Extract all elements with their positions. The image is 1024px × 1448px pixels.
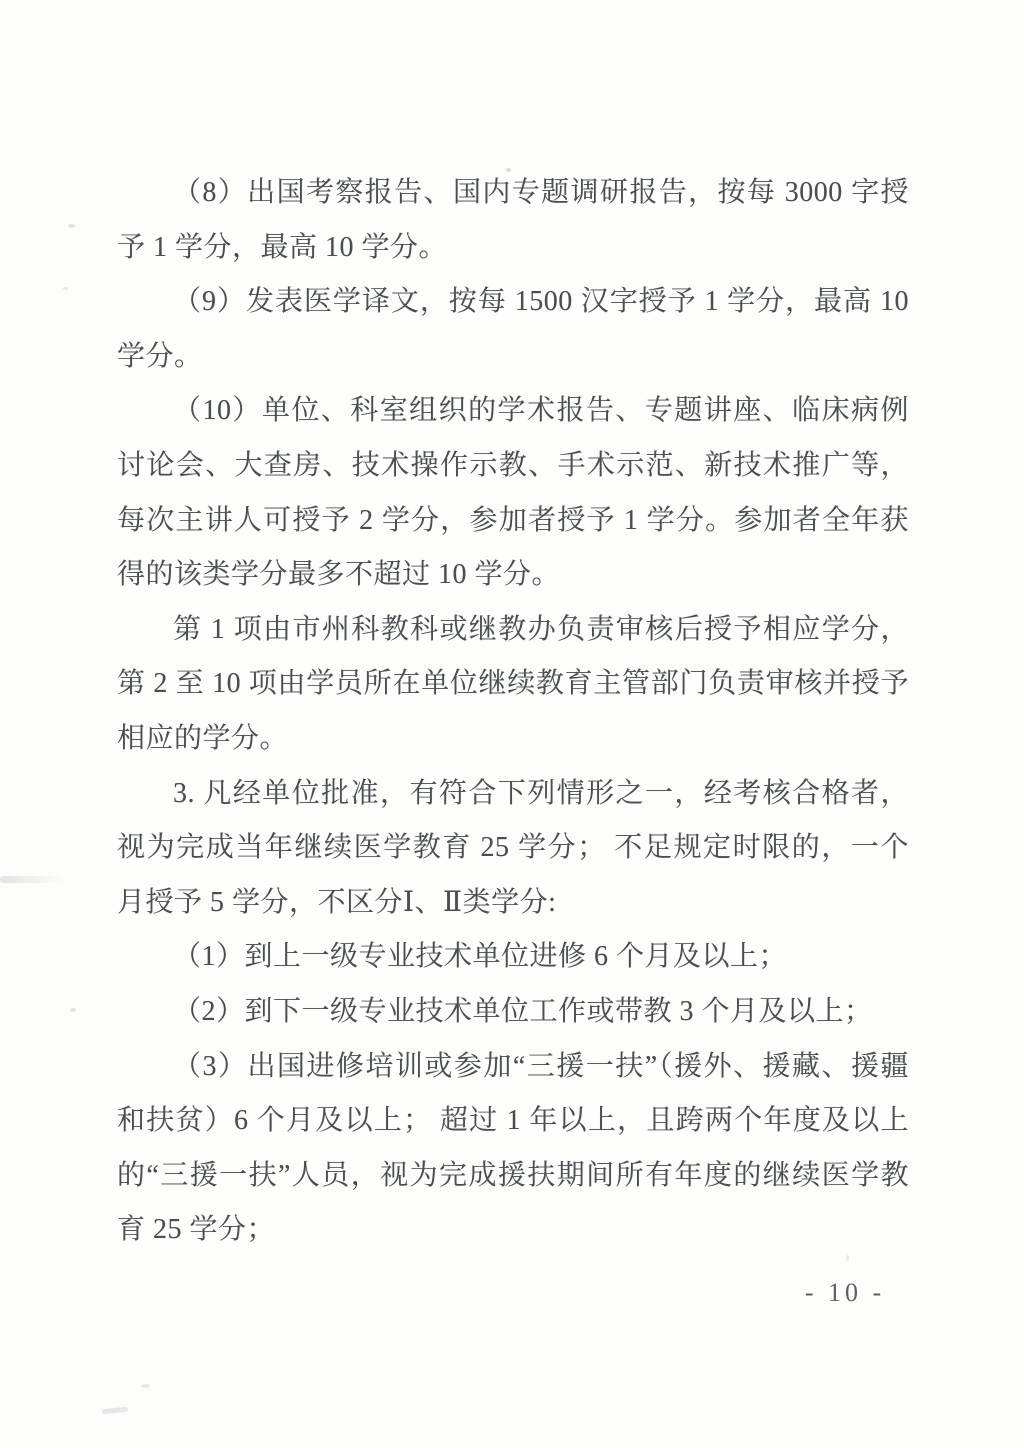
paragraph-subitem-2: （2）到下一级专业技术单位工作或带教 3 个月及以上； [117,985,909,1040]
paragraph-item-8: （8）出国考察报告、国内专题调研报告，按每 3000 字授予 1 学分，最高 1… [117,166,909,275]
document-body: （8）出国考察报告、国内专题调研报告，按每 3000 字授予 1 学分，最高 1… [117,166,909,1258]
paragraph-item-10: （10）单位、科室组织的学术报告、专题讲座、临床病例讨论会、大查房、技术操作示教… [117,384,909,602]
paragraph-subitem-3: （3）出国进修培训或参加“三援一扶”（援外、援藏、援疆和扶贫）6 个月及以上； … [117,1040,909,1258]
scan-streak [0,876,64,883]
scanned-document-page: （8）出国考察报告、国内专题调研报告，按每 3000 字授予 1 学分，最高 1… [0,0,1024,1448]
scan-speck [506,168,511,172]
paragraph-review-note: 第 1 项由市州科教科或继教办负责审核后授予相应学分，第 2 至 10 项由学员… [117,603,909,767]
scan-speck [68,224,75,228]
scan-streak [102,1407,128,1415]
scan-speck [141,1384,150,1388]
scan-speck [70,1008,76,1012]
scan-speck [63,287,68,290]
page-number: - 10 - [780,1278,910,1308]
paragraph-clause-3: 3. 凡经单位批准，有符合下列情形之一，经考核合格者，视为完成当年继续医学教育 … [117,767,909,931]
paragraph-subitem-1: （1）到上一级专业技术单位进修 6 个月及以上； [117,930,909,985]
scan-speck [846,1255,849,1261]
paragraph-item-9: （9）发表医学译文，按每 1500 汉字授予 1 学分，最高 10 学分。 [117,275,909,384]
